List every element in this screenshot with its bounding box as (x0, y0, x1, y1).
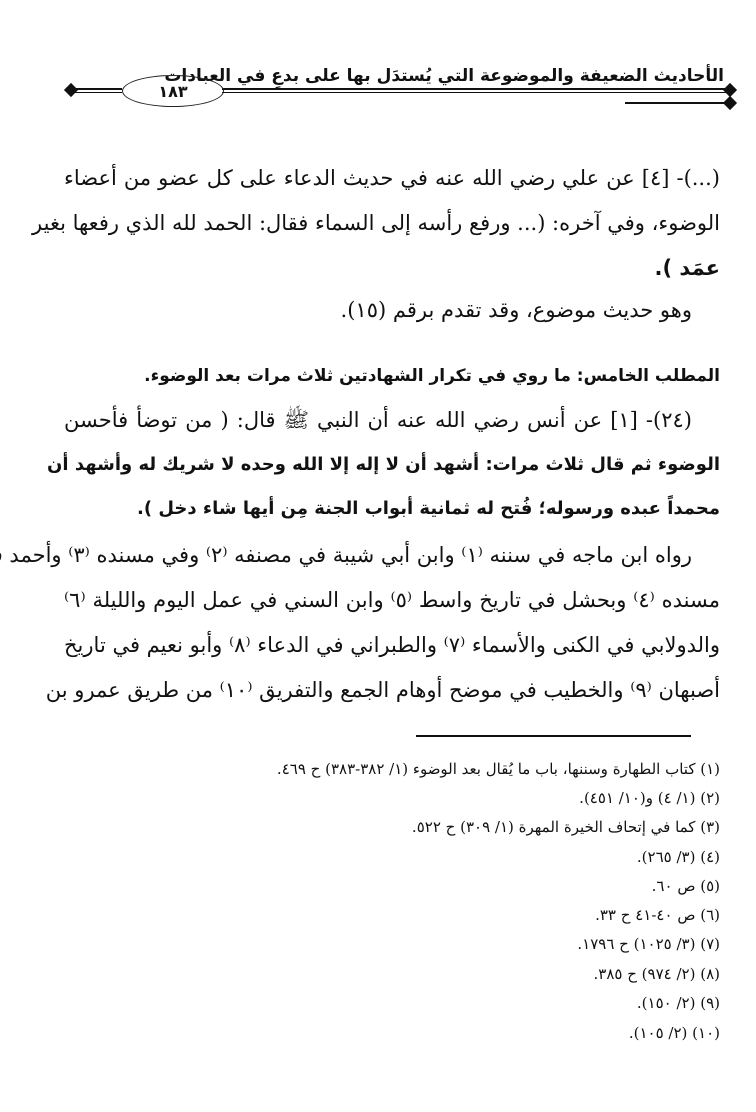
footnote-8: (٨) (٢/ ٩٧٤) ح ٣٨٥. (594, 965, 721, 983)
hadith-line: محمداً عبده ورسوله؛ فُتح له ثمانية أبواب… (64, 500, 720, 518)
header-rule-top (222, 88, 730, 90)
takhrij-line: أصبهان ⁽٩⁾ والخطيب في موضح أوهام الجمع و… (64, 680, 720, 701)
body-line: (...)- [٤] عن علي رضي الله عنه في حديث ا… (64, 168, 720, 189)
body-line: وهو حديث موضوع، وقد تقدم برقم (١٥). (64, 300, 692, 321)
takhrij-line: والدولابي في الكنى والأسماء ⁽٧⁾ والطبران… (64, 635, 720, 656)
footnote-2: (٢) (١/ ٤) و(١٠/ ٤٥١). (579, 789, 720, 807)
running-title: الأحاديث الضعيفة والموضوعة التي يُستدَل … (164, 66, 724, 86)
footnote-1: (١) كتاب الطهارة وسننها، باب ما يُقال بع… (277, 760, 720, 778)
footnote-separator (416, 735, 691, 737)
page-number: ١٨٣ (158, 82, 187, 101)
hadith-line: الوضوء ثم قال ثلاث مرات: أشهد أن لا إله … (64, 456, 720, 474)
section-heading: المطلب الخامس: ما روي في تكرار الشهادتين… (64, 366, 720, 386)
hadith-line: (٢٤)- [١] عن أنس رضي الله عنه أن النبي ﷺ… (64, 410, 692, 431)
diamond-ornament-left (64, 83, 78, 97)
diamond-ornament-right-lower (723, 96, 737, 110)
takhrij-line: مسنده ⁽٤⁾ وبحشل في تاريخ واسط ⁽٥⁾ وابن ا… (64, 590, 720, 611)
header-rule-left-2 (70, 92, 122, 93)
footnote-3: (٣) كما في إتحاف الخيرة المهرة (١/ ٣٠٩) … (412, 818, 720, 836)
body-line: عمَد ). (64, 258, 720, 279)
footnote-4: (٤) (٣/ ٢٦٥). (637, 848, 720, 866)
takhrij-line: رواه ابن ماجه في سننه ⁽١⁾ وابن أبي شيبة … (64, 545, 692, 566)
header-rule-bottom (222, 92, 730, 93)
footnote-6: (٦) ص ٤٠-٤١ ح ٣٣. (595, 906, 720, 924)
header-rule-short (625, 102, 728, 104)
body-line: الوضوء، وفي آخره: (... ورفع رأسه إلى الس… (64, 213, 720, 234)
footnote-7: (٧) (٣/ ١٠٢٥) ح ١٧٩٦. (577, 935, 720, 953)
footnote-10: (١٠) (٢/ ١٠٥). (629, 1024, 720, 1042)
book-page: الأحاديث الضعيفة والموضوعة التي يُستدَل … (0, 0, 756, 1112)
footnote-5: (٥) ص ٦٠. (652, 877, 720, 895)
page-number-badge: ١٨٣ (122, 75, 224, 107)
footnote-9: (٩) (٢/ ١٥٠). (637, 994, 720, 1012)
